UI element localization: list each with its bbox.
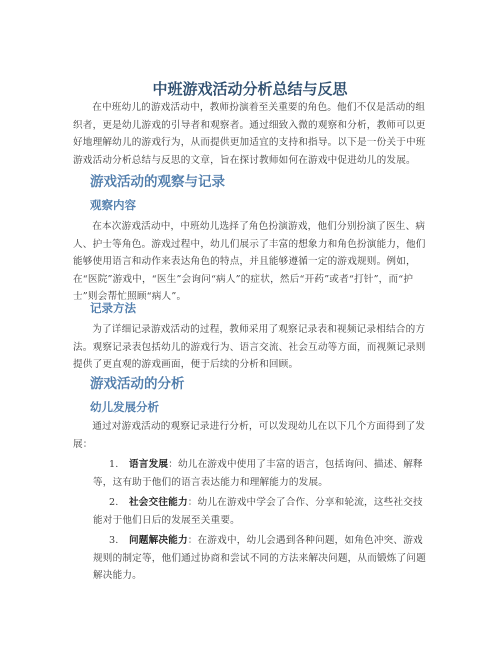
list-term: 语言发展: [129, 459, 168, 470]
subsection-heading-recording-method: 记录方法: [90, 300, 136, 316]
child-development-paragraph: 通过对游戏活动的观察记录进行分析，可以发现幼儿在以下几个方面得到了发展：: [73, 418, 428, 453]
list-item: 3.问题解决能力：在游戏中，幼儿会遇到各种问题，如角色冲突、游戏规则的制定等，他…: [93, 532, 428, 585]
list-number: 2.: [93, 494, 115, 512]
recording-method-paragraph: 为了详细记录游戏活动的过程，教师采用了观察记录表和视频记录相结合的方法。观察记录…: [73, 321, 428, 374]
document-page: 中班游戏活动分析总结与反思 在中班幼儿的游戏活动中，教师扮演着至关重要的角色。他…: [0, 0, 500, 647]
list-term: 问题解决能力: [129, 535, 188, 546]
list-number: 1.: [93, 456, 115, 474]
subsection-heading-observation-content: 观察内容: [90, 197, 136, 213]
section-heading-observation: 游戏活动的观察与记录: [90, 170, 225, 190]
intro-paragraph: 在中班幼儿的游戏活动中，教师扮演着至关重要的角色。他们不仅是活动的组织者，更是幼…: [73, 99, 428, 169]
observation-content-paragraph: 在本次游戏活动中，中班幼儿选择了角色扮演游戏，他们分别扮演了医生、病人、护士等角…: [73, 218, 428, 306]
list-item: 2.社会交往能力：幼儿在游戏中学会了合作、分享和轮流，这些社交技能对于他们日后的…: [93, 494, 428, 529]
list-number: 3.: [93, 532, 115, 550]
list-item: 1.语言发展：幼儿在游戏中使用了丰富的语言，包括询问、描述、解释等，这有助于他们…: [93, 456, 428, 491]
list-term: 社会交往能力: [129, 497, 188, 508]
page-title: 中班游戏活动分析总结与反思: [0, 78, 500, 99]
subsection-heading-child-development: 幼儿发展分析: [90, 399, 159, 415]
section-heading-analysis: 游戏活动的分析: [90, 372, 185, 392]
